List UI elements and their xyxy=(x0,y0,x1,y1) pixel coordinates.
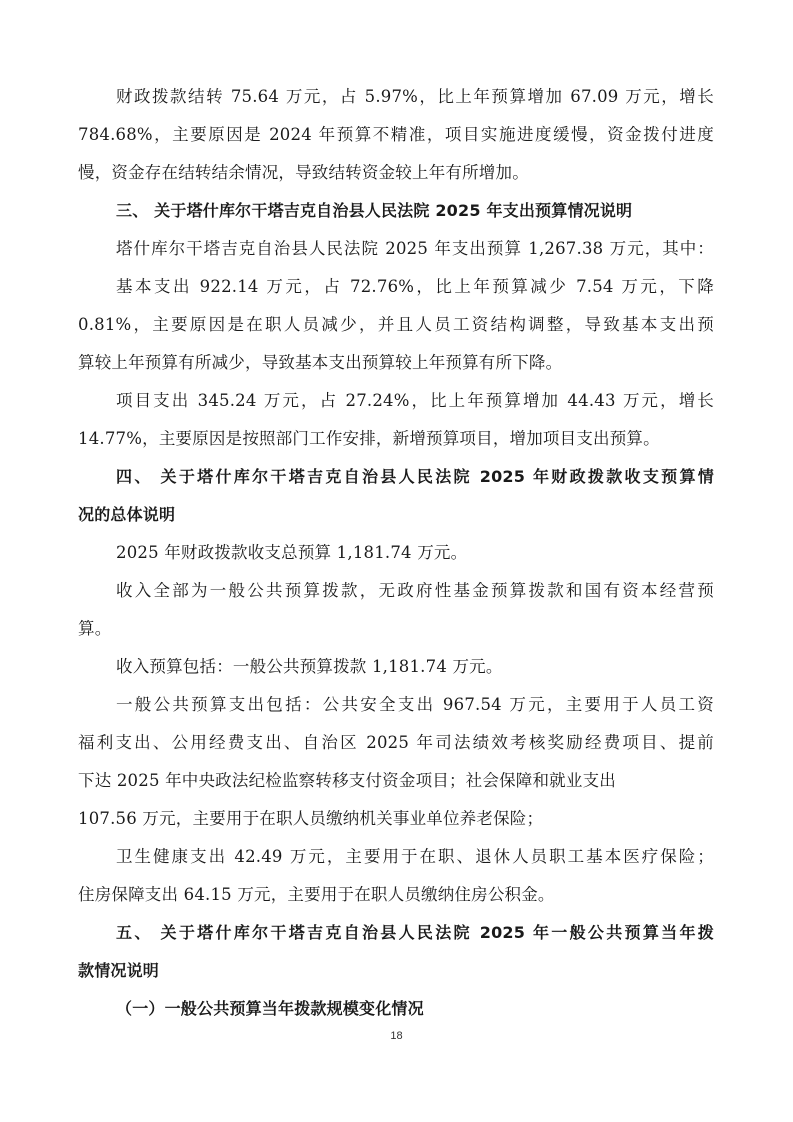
section-heading: 款情况说明 xyxy=(78,952,714,990)
text-line: 财政拨款结转 75.64 万元，占 5.97%，比上年预算增加 67.09 万元… xyxy=(116,78,714,116)
text-line: 14.77%，主要原因是按照部门工作安排，新增预算项目，增加项目支出预算。 xyxy=(78,420,714,458)
text-line: 107.56 万元，主要用于在职人员缴纳机关事业单位养老保险； xyxy=(78,800,714,838)
text-line: 收入预算包括：一般公共预算拨款 1,181.74 万元。 xyxy=(116,648,714,686)
section-heading: 五、 关于塔什库尔干塔吉克自治县人民法院 2025 年一般公共预算当年拨 xyxy=(116,914,714,952)
text-line: 算。 xyxy=(78,610,714,648)
text-line: 下达 2025 年中央政法纪检监察转移支付资金项目；社会保障和就业支出 xyxy=(78,762,714,800)
subsection-heading: （一）一般公共预算当年拨款规模变化情况 xyxy=(116,990,714,1028)
text-line: 住房保障支出 64.15 万元，主要用于在职人员缴纳住房公积金。 xyxy=(78,876,714,914)
section-heading: 三、 关于塔什库尔干塔吉克自治县人民法院 2025 年支出预算情况说明 xyxy=(116,192,714,230)
text-line: 慢，资金存在结转结余情况，导致结转资金较上年有所增加。 xyxy=(78,154,714,192)
text-line: 卫生健康支出 42.49 万元，主要用于在职、退休人员职工基本医疗保险； xyxy=(116,838,714,876)
text-line: 福利支出、公用经费支出、自治区 2025 年司法绩效考核奖励经费项目、提前 xyxy=(78,724,714,762)
text-line: 塔什库尔干塔吉克自治县人民法院 2025 年支出预算 1,267.38 万元，其… xyxy=(116,230,714,268)
text-line: 784.68%，主要原因是 2024 年预算不精准，项目实施进度缓慢，资金拨付进… xyxy=(78,116,714,154)
text-line: 算较上年预算有所减少，导致基本支出预算较上年预算有所下降。 xyxy=(78,344,714,382)
text-line: 一般公共预算支出包括：公共安全支出 967.54 万元，主要用于人员工资 xyxy=(116,686,714,724)
page-number: 18 xyxy=(0,1030,793,1042)
section-heading: 四、 关于塔什库尔干塔吉克自治县人民法院 2025 年财政拨款收支预算情 xyxy=(116,458,714,496)
text-line: 基本支出 922.14 万元，占 72.76%，比上年预算减少 7.54 万元，… xyxy=(116,268,714,306)
text-line: 项目支出 345.24 万元，占 27.24%，比上年预算增加 44.43 万元… xyxy=(116,382,714,420)
section-heading: 况的总体说明 xyxy=(78,496,714,534)
text-line: 收入全部为一般公共预算拨款，无政府性基金预算拨款和国有资本经营预 xyxy=(116,572,714,610)
text-line: 2025 年财政拨款收支总预算 1,181.74 万元。 xyxy=(116,534,714,572)
text-line: 0.81%，主要原因是在职人员减少，并且人员工资结构调整，导致基本支出预 xyxy=(78,306,714,344)
